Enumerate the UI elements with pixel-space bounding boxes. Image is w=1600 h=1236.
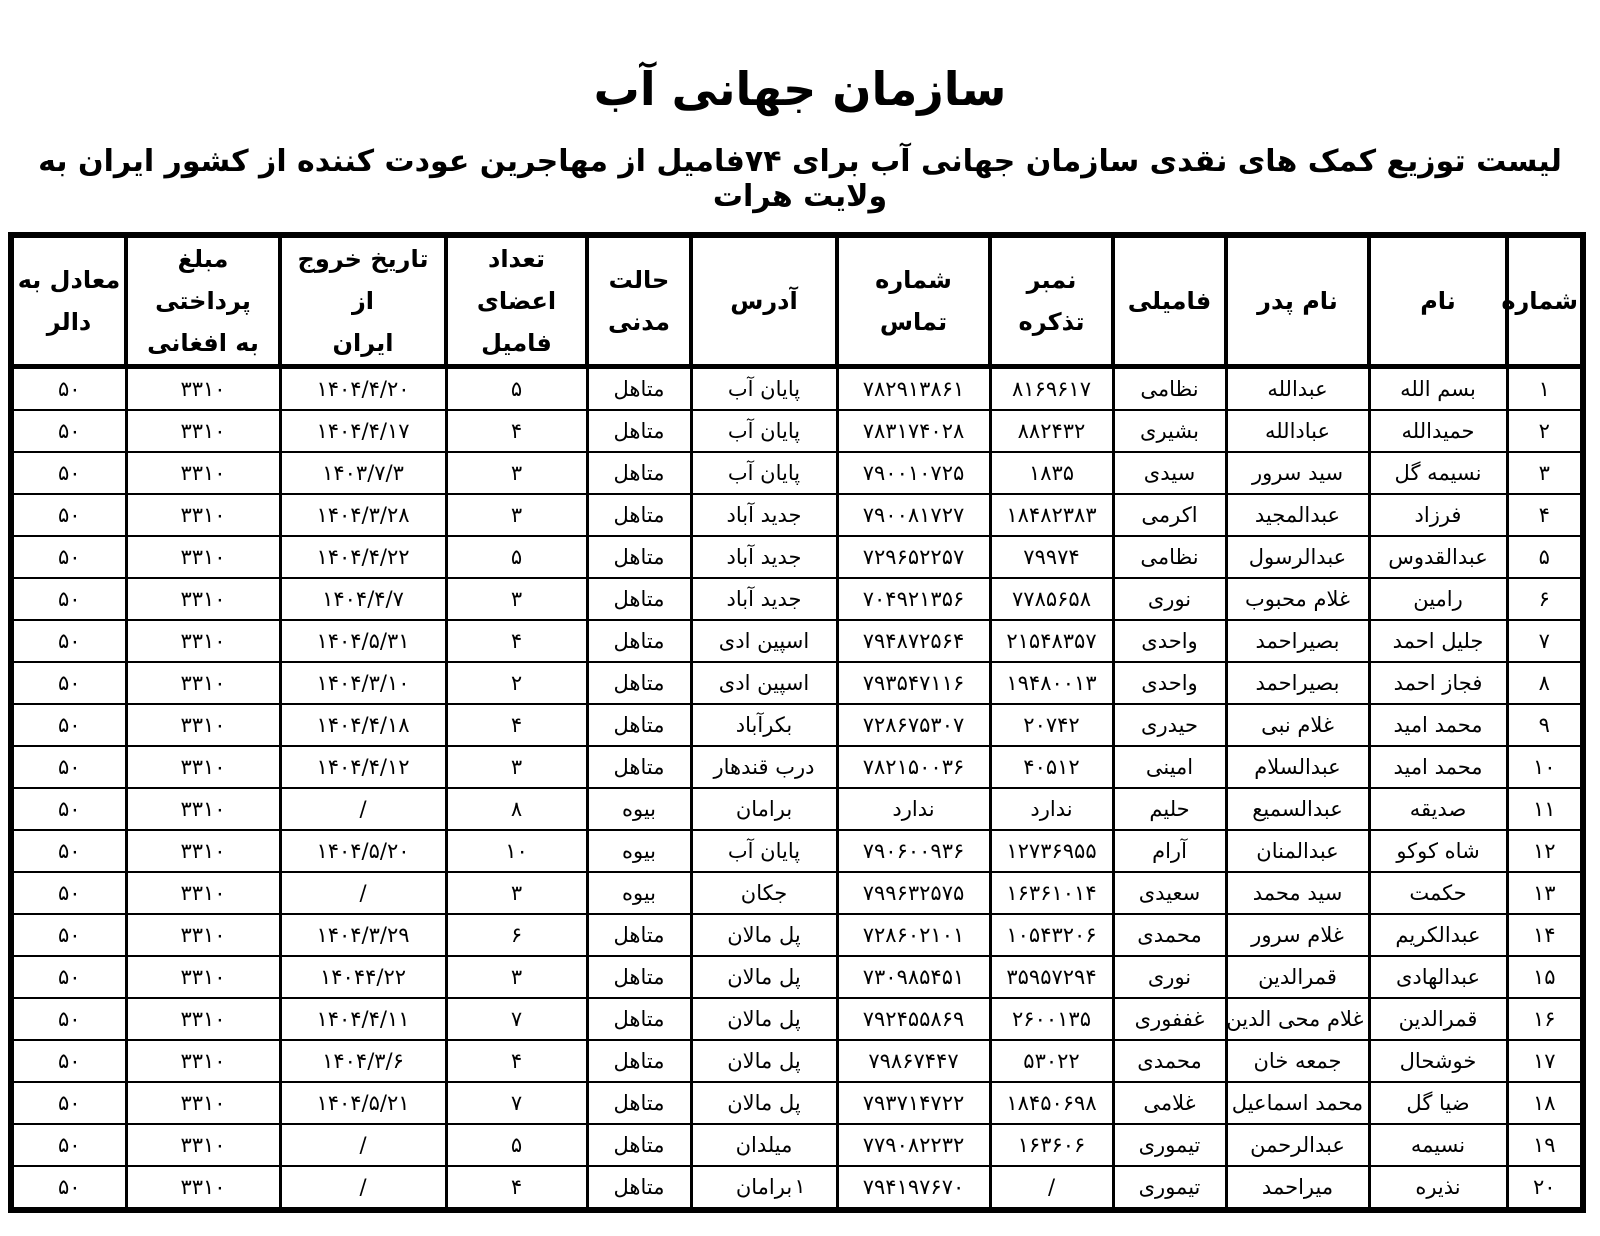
cell-id: ندارد — [990, 788, 1113, 830]
cell-afghani: ۳۳۱۰ — [126, 367, 280, 411]
cell-id: ۱۰۵۴۳۲۰۶ — [990, 914, 1113, 956]
cell-dollar: ۵۰ — [11, 1124, 126, 1166]
cell-num: ۹ — [1507, 704, 1583, 746]
cell-status: متاهل — [587, 410, 691, 452]
cell-id: ۱۸۳۵ — [990, 452, 1113, 494]
cell-father: عبدالمجید — [1226, 494, 1369, 536]
cell-address: پل مالان — [691, 1040, 837, 1082]
cell-contact: ۷۹۸۶۷۴۴۷ — [837, 1040, 990, 1082]
cell-id: ۵۳۰۲۲ — [990, 1040, 1113, 1082]
cell-afghani: ۳۳۱۰ — [126, 788, 280, 830]
cell-id: ۷۹۹۷۴ — [990, 536, 1113, 578]
col-header-dollar: معادل به دالر — [11, 235, 126, 367]
cell-contact: ۷۳۰۹۸۵۴۵۱ — [837, 956, 990, 998]
cell-address: پایان آب — [691, 367, 837, 411]
cell-family: نظامی — [1113, 367, 1226, 411]
cell-father: غلام سرور — [1226, 914, 1369, 956]
cell-date: ۱۴۰۴/۵/۲۱ — [280, 1082, 446, 1124]
cell-date: ۱۴۰۴/۳/۱۰ — [280, 662, 446, 704]
table-row: ۱۸ضیا گلمحمد اسماعیلغلامی۱۸۴۵۰۶۹۸۷۹۳۷۱۴۷… — [11, 1082, 1583, 1124]
table-row: ۲حمیداللهعباداللهبشیری۸۸۲۴۳۲۷۸۳۱۷۴۰۲۸پای… — [11, 410, 1583, 452]
cell-members: ۴ — [446, 620, 587, 662]
cell-date: / — [280, 788, 446, 830]
cell-name: خوشحال — [1369, 1040, 1507, 1082]
cell-address: پل مالان — [691, 1082, 837, 1124]
cell-num: ۱۱ — [1507, 788, 1583, 830]
table-row: ۱۳حکمتسید محمدسعیدی۱۶۳۶۱۰۱۴۷۹۹۶۳۲۵۷۵جکان… — [11, 872, 1583, 914]
cell-num: ۱۳ — [1507, 872, 1583, 914]
cell-dollar: ۵۰ — [11, 1082, 126, 1124]
cell-num: ۶ — [1507, 578, 1583, 620]
cell-name: بسم الله — [1369, 367, 1507, 411]
cell-afghani: ۳۳۱۰ — [126, 1082, 280, 1124]
cell-num: ۱۸ — [1507, 1082, 1583, 1124]
cell-status: متاهل — [587, 662, 691, 704]
cell-status: متاهل — [587, 452, 691, 494]
cell-address: جکان — [691, 872, 837, 914]
cell-father: عبدالرسول — [1226, 536, 1369, 578]
cell-contact: ۷۹۲۴۵۵۸۶۹ — [837, 998, 990, 1040]
cell-contact: ۷۹۰۰۱۰۷۲۵ — [837, 452, 990, 494]
cell-dollar: ۵۰ — [11, 410, 126, 452]
cell-id: ۸۱۶۹۶۱۷ — [990, 367, 1113, 411]
cell-id: ۲۱۵۴۸۳۵۷ — [990, 620, 1113, 662]
cell-date: ۱۴۰۴/۴/۱۱ — [280, 998, 446, 1040]
table-row: ۱۷خوشحالجمعه خانمحمدی۵۳۰۲۲۷۹۸۶۷۴۴۷پل مال… — [11, 1040, 1583, 1082]
cell-family: نوری — [1113, 578, 1226, 620]
cell-dollar: ۵۰ — [11, 956, 126, 998]
cell-father: غلام محبوب — [1226, 578, 1369, 620]
cell-name: نسیمه — [1369, 1124, 1507, 1166]
cell-members: ۳ — [446, 746, 587, 788]
cell-contact: ۷۰۴۹۲۱۳۵۶ — [837, 578, 990, 620]
cell-num: ۱۴ — [1507, 914, 1583, 956]
cell-afghani: ۳۳۱۰ — [126, 704, 280, 746]
cell-family: غففوری — [1113, 998, 1226, 1040]
cell-members: ۵ — [446, 367, 587, 411]
cell-address: جدید آباد — [691, 494, 837, 536]
cell-id: ۲۰۷۴۲ — [990, 704, 1113, 746]
cell-id: ۴۰۵۱۲ — [990, 746, 1113, 788]
cell-id: ۱۸۴۵۰۶۹۸ — [990, 1082, 1113, 1124]
col-header-status: حالت مدنی — [587, 235, 691, 367]
cell-num: ۳ — [1507, 452, 1583, 494]
cell-members: ۵ — [446, 536, 587, 578]
cell-father: غلام محی الدین — [1226, 998, 1369, 1040]
cell-id: ۲۶۰۰۱۳۵ — [990, 998, 1113, 1040]
cell-address: پل مالان — [691, 956, 837, 998]
cell-name: شاه کوکو — [1369, 830, 1507, 872]
cell-status: بیوه — [587, 830, 691, 872]
cell-dollar: ۵۰ — [11, 578, 126, 620]
cell-dollar: ۵۰ — [11, 494, 126, 536]
cell-status: متاهل — [587, 620, 691, 662]
cell-dollar: ۵۰ — [11, 452, 126, 494]
cell-id: ۱۹۴۸۰۰۱۳ — [990, 662, 1113, 704]
cell-father: عبدالسمیع — [1226, 788, 1369, 830]
table-row: ۱۲شاه کوکوعبدالمنانآرام۱۲۷۳۶۹۵۵۷۹۰۶۰۰۹۳۶… — [11, 830, 1583, 872]
cell-date: / — [280, 1124, 446, 1166]
table-row: ۸فجاز احمدبصیراحمدواحدی۱۹۴۸۰۰۱۳۷۹۳۵۴۷۱۱۶… — [11, 662, 1583, 704]
cell-name: ضیا گل — [1369, 1082, 1507, 1124]
cell-contact: ۷۹۹۶۳۲۵۷۵ — [837, 872, 990, 914]
cell-num: ۲ — [1507, 410, 1583, 452]
cell-members: ۳ — [446, 956, 587, 998]
cell-name: عبدالقدوس — [1369, 536, 1507, 578]
cell-members: ۳ — [446, 872, 587, 914]
cell-date: ۱۴۰۴۴/۲۲ — [280, 956, 446, 998]
cell-date: ۱۴۰۴/۴/۲۰ — [280, 367, 446, 411]
cell-id: ۱۸۴۸۲۳۸۳ — [990, 494, 1113, 536]
cell-contact: ۷۹۴۸۷۲۵۶۴ — [837, 620, 990, 662]
cell-members: ۴ — [446, 704, 587, 746]
table-row: ۱۶قمرالدینغلام محی الدینغففوری۲۶۰۰۱۳۵۷۹۲… — [11, 998, 1583, 1040]
cell-family: سیدی — [1113, 452, 1226, 494]
cell-dollar: ۵۰ — [11, 1040, 126, 1082]
cell-father: محمد اسماعیل — [1226, 1082, 1369, 1124]
cell-contact: ۷۹۳۷۱۴۷۲۲ — [837, 1082, 990, 1124]
cell-father: سید محمد — [1226, 872, 1369, 914]
cell-status: متاهل — [587, 536, 691, 578]
col-header-name: نام — [1369, 235, 1507, 367]
cell-dollar: ۵۰ — [11, 367, 126, 411]
table-row: ۱۱صدیقهعبدالسمیعحلیمنداردنداردبرامانبیوه… — [11, 788, 1583, 830]
cell-status: متاهل — [587, 746, 691, 788]
document-page: { "title": "سازمان جهانی آب", "subtitle"… — [0, 0, 1600, 1236]
cell-family: امینی — [1113, 746, 1226, 788]
cell-num: ۱۰ — [1507, 746, 1583, 788]
cell-members: ۷ — [446, 1082, 587, 1124]
cell-address: برامان — [691, 788, 837, 830]
table-row: ۱۴عبدالکریمغلام سرورمحمدی۱۰۵۴۳۲۰۶۷۲۸۶۰۲۱… — [11, 914, 1583, 956]
cell-afghani: ۳۳۱۰ — [126, 536, 280, 578]
cell-address: جدید آباد — [691, 536, 837, 578]
cell-contact: ۷۸۲۱۵۰۰۳۶ — [837, 746, 990, 788]
col-header-family: فامیلی — [1113, 235, 1226, 367]
cell-dollar: ۵۰ — [11, 872, 126, 914]
cell-father: عبدالرحمن — [1226, 1124, 1369, 1166]
cell-status: متاهل — [587, 956, 691, 998]
cell-name: صدیقه — [1369, 788, 1507, 830]
cell-address: پل مالان — [691, 914, 837, 956]
col-header-address: آدرس — [691, 235, 837, 367]
cell-name: حمیدالله — [1369, 410, 1507, 452]
table-row: ۱۹نسیمهعبدالرحمنتیموری۱۶۳۶۰۶۷۷۹۰۸۲۲۳۲میل… — [11, 1124, 1583, 1166]
col-header-father: نام پدر — [1226, 235, 1369, 367]
cell-family: آرام — [1113, 830, 1226, 872]
cell-dollar: ۵۰ — [11, 662, 126, 704]
cell-name: محمد امید — [1369, 704, 1507, 746]
cell-members: ۱۰ — [446, 830, 587, 872]
distribution-table: شمارهنامنام پدرفامیلینمبر تذکرهشماره تما… — [8, 232, 1586, 1213]
cell-father: سید سرور — [1226, 452, 1369, 494]
cell-afghani: ۳۳۱۰ — [126, 914, 280, 956]
table-row: ۱۵عبدالهادیقمرالدیننوری۳۵۹۵۷۲۹۴۷۳۰۹۸۵۴۵۱… — [11, 956, 1583, 998]
cell-family: غلامی — [1113, 1082, 1226, 1124]
cell-afghani: ۳۳۱۰ — [126, 578, 280, 620]
cell-num: ۱۶ — [1507, 998, 1583, 1040]
cell-family: حیدری — [1113, 704, 1226, 746]
cell-members: ۲ — [446, 662, 587, 704]
cell-address: بکرآباد — [691, 704, 837, 746]
cell-afghani: ۳۳۱۰ — [126, 746, 280, 788]
cell-afghani: ۳۳۱۰ — [126, 830, 280, 872]
cell-father: عبدالسلام — [1226, 746, 1369, 788]
col-header-date: تاریخ خروج از ایران — [280, 235, 446, 367]
cell-id: ۳۵۹۵۷۲۹۴ — [990, 956, 1113, 998]
cell-num: ۱ — [1507, 367, 1583, 411]
cell-family: واحدی — [1113, 620, 1226, 662]
cell-address: پایان آب — [691, 452, 837, 494]
cell-status: متاهل — [587, 367, 691, 411]
cell-family: سعیدی — [1113, 872, 1226, 914]
cell-name: حکمت — [1369, 872, 1507, 914]
page-title: سازمان جهانی آب — [0, 0, 1600, 116]
table-row: ۳نسیمه گلسید سرورسیدی۱۸۳۵۷۹۰۰۱۰۷۲۵پایان … — [11, 452, 1583, 494]
cell-father: غلام نبی — [1226, 704, 1369, 746]
cell-family: واحدی — [1113, 662, 1226, 704]
cell-contact: ۷۲۸۶۰۲۱۰۱ — [837, 914, 990, 956]
cell-num: ۱۵ — [1507, 956, 1583, 998]
cell-contact: ۷۲۸۶۷۵۳۰۷ — [837, 704, 990, 746]
cell-date: ۱۴۰۴/۴/۱۸ — [280, 704, 446, 746]
cell-date: ۱۴۰۴/۵/۳۱ — [280, 620, 446, 662]
cell-date: ۱۴۰۴/۳/۲۸ — [280, 494, 446, 536]
cell-address: پل مالان — [691, 998, 837, 1040]
cell-contact: ۷۲۹۶۵۲۲۵۷ — [837, 536, 990, 578]
header-row: شمارهنامنام پدرفامیلینمبر تذکرهشماره تما… — [11, 235, 1583, 367]
cell-num: ۸ — [1507, 662, 1583, 704]
cell-num: ۷ — [1507, 620, 1583, 662]
cell-contact: ندارد — [837, 788, 990, 830]
cell-family: تیموری — [1113, 1124, 1226, 1166]
cell-father: عبدالله — [1226, 367, 1369, 411]
cell-address: اسپین ادی — [691, 662, 837, 704]
cell-status: متاهل — [587, 578, 691, 620]
cell-name: نسیمه گل — [1369, 452, 1507, 494]
cell-id: ۷۷۸۵۶۵۸ — [990, 578, 1113, 620]
cell-dollar: ۵۰ — [11, 746, 126, 788]
cell-contact: ۷۸۲۹۱۳۸۶۱ — [837, 367, 990, 411]
cell-name: جلیل احمد — [1369, 620, 1507, 662]
cell-father: جمعه خان — [1226, 1040, 1369, 1082]
cell-id: ۱۶۳۶۰۶ — [990, 1124, 1113, 1166]
cell-afghani: ۳۳۱۰ — [126, 1124, 280, 1166]
cell-status: متاهل — [587, 998, 691, 1040]
cell-dollar: ۵۰ — [11, 788, 126, 830]
cell-date: / — [280, 872, 446, 914]
cell-date: ۱۴۰۴/۴/۱۲ — [280, 746, 446, 788]
cell-contact: ۷۸۳۱۷۴۰۲۸ — [837, 410, 990, 452]
cell-num: ۴ — [1507, 494, 1583, 536]
cell-father: عبادالله — [1226, 410, 1369, 452]
cell-father: عبدالمنان — [1226, 830, 1369, 872]
col-header-num: شماره — [1507, 235, 1583, 367]
cell-dollar: ۵۰ — [11, 536, 126, 578]
cell-date: ۱۴۰۴/۴/۲۲ — [280, 536, 446, 578]
cell-father: قمرالدین — [1226, 956, 1369, 998]
cell-family: محمدی — [1113, 914, 1226, 956]
cell-members: ۷ — [446, 998, 587, 1040]
table-row: ۷جلیل احمدبصیراحمدواحدی۲۱۵۴۸۳۵۷۷۹۴۸۷۲۵۶۴… — [11, 620, 1583, 662]
cell-name: محمد امید — [1369, 746, 1507, 788]
cell-dollar: ۵۰ — [11, 830, 126, 872]
cell-num: ۱۹ — [1507, 1124, 1583, 1166]
cell-date: ۱۴۰۴/۴/۱۷ — [280, 410, 446, 452]
cell-dollar: ۵۰ — [11, 620, 126, 662]
cell-members: ۶ — [446, 914, 587, 956]
cell-address: پایان آب — [691, 410, 837, 452]
cell-afghani: ۳۳۱۰ — [126, 872, 280, 914]
cell-family: محمدی — [1113, 1040, 1226, 1082]
cell-address: درب قندهار — [691, 746, 837, 788]
cell-father: بصیراحمد — [1226, 662, 1369, 704]
col-header-members: تعداد اعضای فامیل — [446, 235, 587, 367]
col-header-contact: شماره تماس — [837, 235, 990, 367]
cell-family: اکرمی — [1113, 494, 1226, 536]
cell-afghani: ۳۳۱۰ — [126, 1040, 280, 1082]
cell-name: رامین — [1369, 578, 1507, 620]
cell-address: اسپین ادی — [691, 620, 837, 662]
cell-family: نوری — [1113, 956, 1226, 998]
cell-num: ۵ — [1507, 536, 1583, 578]
cell-id: ۱۶۳۶۱۰۱۴ — [990, 872, 1113, 914]
cell-status: متاهل — [587, 914, 691, 956]
cell-address: جدید آباد — [691, 578, 837, 620]
table-row: ۱۰محمد امیدعبدالسلامامینی۴۰۵۱۲۷۸۲۱۵۰۰۳۶د… — [11, 746, 1583, 788]
cell-afghani: ۳۳۱۰ — [126, 452, 280, 494]
cell-status: متاهل — [587, 704, 691, 746]
cell-family: نظامی — [1113, 536, 1226, 578]
cell-members: ۳ — [446, 578, 587, 620]
cell-father: بصیراحمد — [1226, 620, 1369, 662]
cell-family: حلیم — [1113, 788, 1226, 830]
cell-contact: ۷۷۹۰۸۲۲۳۲ — [837, 1124, 990, 1166]
cell-status: متاهل — [587, 494, 691, 536]
cell-afghani: ۳۳۱۰ — [126, 998, 280, 1040]
cell-afghani: ۳۳۱۰ — [126, 410, 280, 452]
cell-status: متاهل — [587, 1082, 691, 1124]
cell-members: ۳ — [446, 494, 587, 536]
cell-name: قمرالدین — [1369, 998, 1507, 1040]
cell-contact: ۷۹۰۶۰۰۹۳۶ — [837, 830, 990, 872]
table-row: ۵عبدالقدوسعبدالرسولنظامی۷۹۹۷۴۷۲۹۶۵۲۲۵۷جد… — [11, 536, 1583, 578]
cell-address: پایان آب — [691, 830, 837, 872]
cell-num: ۱۲ — [1507, 830, 1583, 872]
table-row: ۹محمد امیدغلام نبیحیدری۲۰۷۴۲۷۲۸۶۷۵۳۰۷بکر… — [11, 704, 1583, 746]
col-header-afghani: مبلغ پرداختی به افغانی — [126, 235, 280, 367]
cell-members: ۴ — [446, 410, 587, 452]
table-body: ۱بسم اللهعبداللهنظامی۸۱۶۹۶۱۷۷۸۲۹۱۳۸۶۱پای… — [11, 367, 1583, 1211]
cell-members: ۵ — [446, 1124, 587, 1166]
cell-afghani: ۳۳۱۰ — [126, 956, 280, 998]
cell-name: عبدالکریم — [1369, 914, 1507, 956]
cell-members: ۳ — [446, 452, 587, 494]
cell-date: ۱۴۰۴/۳/۲۹ — [280, 914, 446, 956]
cell-date: ۱۴۰۴/۵/۲۰ — [280, 830, 446, 872]
cell-status: بیوه — [587, 872, 691, 914]
cell-members: ۸ — [446, 788, 587, 830]
cell-contact: ۷۹۳۵۴۷۱۱۶ — [837, 662, 990, 704]
cell-dollar: ۵۰ — [11, 914, 126, 956]
cell-afghani: ۳۳۱۰ — [126, 620, 280, 662]
cell-address: میلدان — [691, 1124, 837, 1166]
col-header-id: نمبر تذکره — [990, 235, 1113, 367]
page-number: ۱ — [0, 1174, 1600, 1198]
cell-status: متاهل — [587, 1040, 691, 1082]
cell-name: فجاز احمد — [1369, 662, 1507, 704]
cell-family: بشیری — [1113, 410, 1226, 452]
cell-name: فرزاد — [1369, 494, 1507, 536]
cell-contact: ۷۹۰۰۸۱۷۲۷ — [837, 494, 990, 536]
cell-id: ۸۸۲۴۳۲ — [990, 410, 1113, 452]
cell-num: ۱۷ — [1507, 1040, 1583, 1082]
cell-members: ۴ — [446, 1040, 587, 1082]
cell-status: بیوه — [587, 788, 691, 830]
table-row: ۶رامینغلام محبوبنوری۷۷۸۵۶۵۸۷۰۴۹۲۱۳۵۶جدید… — [11, 578, 1583, 620]
table-row: ۱بسم اللهعبداللهنظامی۸۱۶۹۶۱۷۷۸۲۹۱۳۸۶۱پای… — [11, 367, 1583, 411]
cell-dollar: ۵۰ — [11, 998, 126, 1040]
cell-status: متاهل — [587, 1124, 691, 1166]
cell-dollar: ۵۰ — [11, 704, 126, 746]
page-subtitle: لیست توزیع کمک های نقدی سازمان جهانی آب … — [0, 144, 1600, 214]
cell-afghani: ۳۳۱۰ — [126, 662, 280, 704]
cell-date: ۱۴۰۳/۷/۳ — [280, 452, 446, 494]
cell-date: ۱۴۰۴/۴/۷ — [280, 578, 446, 620]
table-row: ۴فرزادعبدالمجیداکرمی۱۸۴۸۲۳۸۳۷۹۰۰۸۱۷۲۷جدی… — [11, 494, 1583, 536]
cell-date: ۱۴۰۴/۳/۶ — [280, 1040, 446, 1082]
cell-afghani: ۳۳۱۰ — [126, 494, 280, 536]
cell-id: ۱۲۷۳۶۹۵۵ — [990, 830, 1113, 872]
cell-name: عبدالهادی — [1369, 956, 1507, 998]
